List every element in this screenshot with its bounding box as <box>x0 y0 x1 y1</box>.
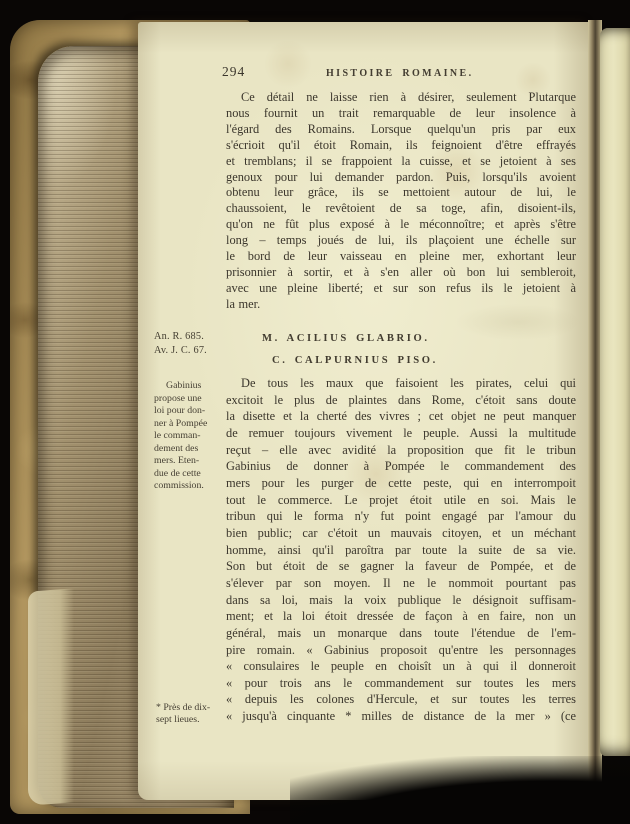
text-line: la mer. <box>226 297 576 313</box>
text-line: « depuis les colones d'Hercule, et sur t… <box>226 691 576 708</box>
text-line: bien public; car c'étoit un mauvais cito… <box>226 525 576 542</box>
text-line: Av. J. C. 67. <box>154 344 207 358</box>
text-line: général, mais un monarque dans toute l'é… <box>226 625 576 642</box>
running-title: HISTOIRE ROMAINE. <box>326 68 474 79</box>
text-line: propose une <box>154 393 230 406</box>
text-line: mers. Eten- <box>154 455 230 468</box>
text-line: « jusqu'à cinquante * milles de distance… <box>226 708 576 725</box>
text-line: « consulaires le peuple en choisît un à … <box>226 658 576 675</box>
text-line: qu'on ne fût plus exposé à le méconnoîtr… <box>226 217 576 233</box>
text-line: l'égard des Romains. Lorsque quelqu'un p… <box>226 122 576 138</box>
text-line: * Près de dix- <box>156 702 240 714</box>
text-line: et tremblans; il se frappoient la cuisse… <box>226 154 576 170</box>
text-line: avec une pleine liberté; et sur son refu… <box>226 281 576 297</box>
text-line: prisonnier à sortir, et à s'en aller où … <box>226 265 576 281</box>
text-line: la disette et la cherté des vivres ; cet… <box>226 408 576 425</box>
text-line: s'écrioit qu'il étoit Romain, ils feigno… <box>226 138 576 154</box>
text-line: Gabinius de donner à Pompée le commandem… <box>226 458 576 475</box>
gabinius-margin-note: Gabiniuspropose uneloi pour don-ner à Po… <box>154 380 230 493</box>
text-line: nous fournit un trait remarquable de leu… <box>226 106 576 122</box>
paragraph-1: Ce détail ne laisse rien à désirer, seul… <box>226 90 576 313</box>
text-line: de remuer toujours vivement le peuple. A… <box>226 425 576 442</box>
text-line: tout le commerce. Le projet étoit utile … <box>226 492 576 509</box>
text-line: ment; et la loi étoit dressée de façon à… <box>226 608 576 625</box>
paragraph-2: De tous les maux que faisoient les pirat… <box>226 375 576 725</box>
text-line: due de cette <box>154 468 230 481</box>
text-line: long – temps joués de lui, ils plaçoient… <box>226 233 576 249</box>
page-number: 294 <box>222 64 245 80</box>
text-line: le bord de leur vaisseau en pleine mer, … <box>226 249 576 265</box>
fanned-page-edges <box>28 588 74 805</box>
section-heading-glabrio: M. ACILIUS GLABRIO. <box>262 333 430 344</box>
text-line: excitoit le plus de plaintes dans Rome, … <box>226 392 576 409</box>
text-line: le comman- <box>154 430 230 443</box>
text-line: pire romain. « Gabinius proposoit qu'ent… <box>226 642 576 659</box>
text-line: ner à Pompée <box>154 418 230 431</box>
era-margin-note: An. R. 685.Av. J. C. 67. <box>154 330 207 359</box>
text-line: An. R. 685. <box>154 330 207 344</box>
text-line: Ce détail ne laisse rien à désirer, seul… <box>226 90 576 106</box>
text-line: s'élever par son moyen. Il ne le nommoit… <box>226 575 576 592</box>
text-line: sept lieues. <box>156 714 240 726</box>
text-line: Gabinius <box>154 380 230 393</box>
text-line: commission. <box>154 480 230 493</box>
text-line: mers pour les purger de cette peste, qui… <box>226 475 576 492</box>
text-line: Son but étoit de se gagner la faveur de … <box>226 558 576 575</box>
text-line: dement des <box>154 443 230 456</box>
text-line: loi pour don- <box>154 405 230 418</box>
text-line: « pour trois ans le commandement sur tou… <box>226 675 576 692</box>
footnote-margin-note: * Près de dix-sept lieues. <box>156 702 240 726</box>
text-line: dans sa loi, mais la voix publique le dé… <box>226 592 576 609</box>
text-line: De tous les maux que faisoient les pirat… <box>226 375 576 392</box>
facing-page-edge <box>600 28 630 756</box>
text-line: genoux pour lui demander pardon. Puis, l… <box>226 170 576 186</box>
text-line: chaussoient, le revêtoient de sa toge, a… <box>226 201 576 217</box>
text-line: homme, ainsi qu'il paroîtra par toute la… <box>226 542 576 559</box>
text-line: tribun qui le forma n'y fut point engagé… <box>226 508 576 525</box>
bottom-vignette <box>290 756 630 824</box>
book-page: 294 HISTOIRE ROMAINE. Ce détail ne laiss… <box>138 22 590 800</box>
text-line: obtenu leur grâce, ils se mettoient auto… <box>226 185 576 201</box>
text-line: reçut – elle avec avidité la proposition… <box>226 442 576 459</box>
section-heading-piso: C. CALPURNIUS PISO. <box>272 355 438 366</box>
book-photo-scene: 294 HISTOIRE ROMAINE. Ce détail ne laiss… <box>0 0 630 824</box>
